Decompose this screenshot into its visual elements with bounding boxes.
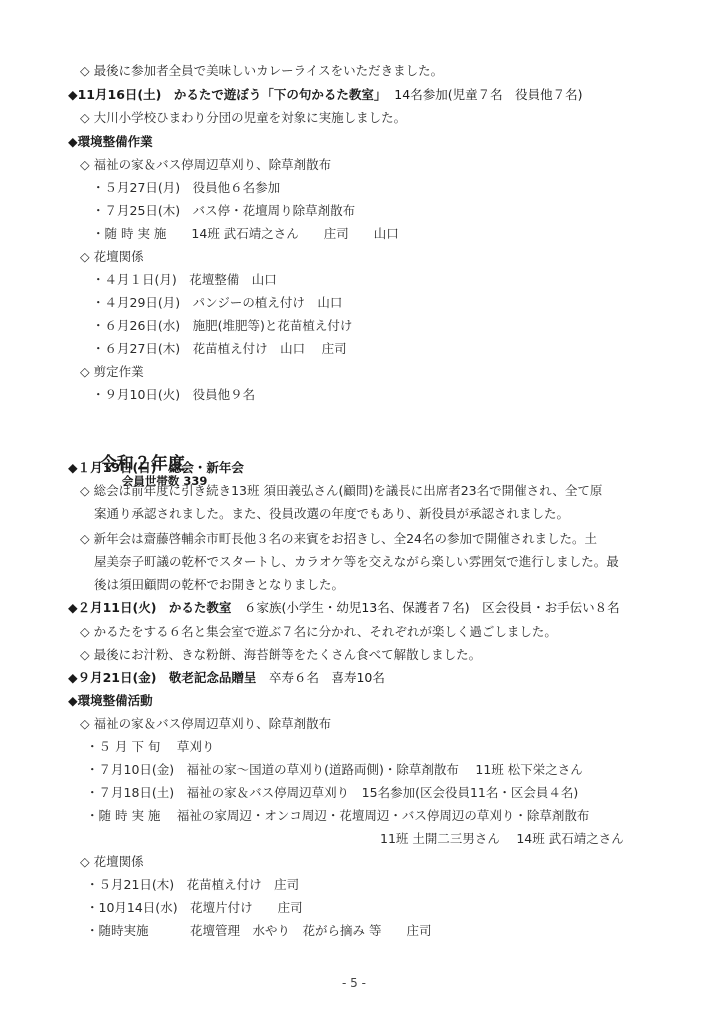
line-text: ◇ 最後にお汁粉、きな粉餅、海苔餅等をたくさん食べて解散しました。 [80,647,481,662]
line-text: ・４月29日(月) パンジーの植え付け 山口 [92,295,342,310]
text-line: ◇ 最後に参加者全員で美味しいカレーライスをいただきました。 [80,63,443,79]
item-heading: ◆環境整備活動 [68,693,153,709]
section-year: 令和２年度 [100,454,185,474]
line-detail: ６家族(小学生・幼児13名、保護者７名) 区会役員・お手伝い８名 [231,600,619,615]
text-line: ・５ 月 下 旬 草刈り [86,739,214,755]
text-line: ・５月21日(木) 花苗植え付け 庄司 [86,877,299,893]
text-line: ・７月10日(金) 福祉の家〜国道の草刈り(道路両側)・除草剤散布 11班 松下… [86,762,583,778]
text-line: ・５月27日(月) 役員他６名参加 [92,180,280,196]
text-line: ◇ かるたをする６名と集会室で遊ぶ７名に分かれ、それぞれが楽しく過ごしました。 [80,624,557,640]
text-line: 後は須田顧問の乾杯でお開きとなりました。 [94,577,344,593]
line-detail: 14名参加(児童７名 役員他７名) [386,87,582,102]
line-text: ・随 時 実 施 福祉の家周辺・オンコ周辺・花壇周辺・バス停周辺の草刈り・除草剤… [86,808,589,823]
text-line: ・随 時 実 施 福祉の家周辺・オンコ周辺・花壇周辺・バス停周辺の草刈り・除草剤… [86,808,589,824]
item-heading: ◆環境整備作業 [68,134,153,150]
line-text: ・５月27日(月) 役員他６名参加 [92,180,280,195]
text-line: ・４月１日(月) 花壇整備 山口 [92,272,277,288]
text-line: ◇ 大川小学校ひまわり分団の児童を対象に実施しました。 [80,110,406,126]
line-text: ◇ 花壇関係 [80,249,144,264]
line-text: ◇ 最後に参加者全員で美味しいカレーライスをいただきました。 [80,63,443,78]
line-text: ・５月21日(木) 花苗植え付け 庄司 [86,877,299,892]
text-line: ・随時実施 花壇管理 水やり 花がら摘み 等 庄司 [86,923,431,939]
text-line: ◇ 花壇関係 [80,249,144,265]
line-text: ◆環境整備活動 [68,693,153,708]
line-text: ・７月25日(木) バス停・花壇周り除草剤散布 [92,203,355,218]
line-text: ◆９月21日(金) 敬老記念品贈呈 [68,670,256,685]
text-line: ・６月26日(水) 施肥(堆肥等)と花苗植え付け [92,318,352,334]
line-text: ・４月１日(月) 花壇整備 山口 [92,272,277,287]
line-text: ◇ 剪定作業 [80,364,144,379]
line-text: 案通り承認されました。また、役員改選の年度でもあり、新役員が承認されました。 [94,506,569,521]
text-line: ◇ 福祉の家＆バス停周辺草刈り、除草剤散布 [80,157,331,173]
line-text: ・10月14日(水) 花壇片付け 庄司 [86,900,303,915]
text-line: ◇ 最後にお汁粉、きな粉餅、海苔餅等をたくさん食べて解散しました。 [80,647,481,663]
text-line: ・４月29日(月) パンジーの植え付け 山口 [92,295,342,311]
line-text: ◆２月11日(火) かるた教室 [68,600,231,615]
line-text: 後は須田顧問の乾杯でお開きとなりました。 [94,577,344,592]
text-line: ・随 時 実 施 14班 武石靖之さん 庄司 山口 [92,226,399,242]
line-text: ◇ 福祉の家＆バス停周辺草刈り、除草剤散布 [80,716,331,731]
item-heading: ◆９月21日(金) 敬老記念品贈呈 卒寿６名 喜寿10名 [68,670,385,686]
item-heading: ◆11月16日(土) かるたで遊ぼう「下の句かるた教室」 14名参加(児童７名 … [68,87,582,103]
line-text: ・５ 月 下 旬 草刈り [86,739,214,754]
line-text: 屋美奈子町議の乾杯でスタートし、カラオケ等を交えながら楽しい雰囲気で進行しました… [94,554,619,569]
line-text: ・随 時 実 施 14班 武石靖之さん 庄司 山口 [92,226,399,241]
text-line: 屋美奈子町議の乾杯でスタートし、カラオケ等を交えながら楽しい雰囲気で進行しました… [94,554,619,570]
item-heading: ◆２月11日(火) かるた教室 ６家族(小学生・幼児13名、保護者７名) 区会役… [68,600,620,616]
text-line: 11班 土開二三男さん 14班 武石靖之さん [380,831,624,847]
line-text: ・６月26日(水) 施肥(堆肥等)と花苗植え付け [92,318,352,333]
text-line: ◇ 福祉の家＆バス停周辺草刈り、除草剤散布 [80,716,331,732]
section-title: 令和２年度 会員世帯数 339 [88,440,207,489]
line-text: ・７月10日(金) 福祉の家〜国道の草刈り(道路両側)・除草剤散布 11班 松下… [86,762,583,777]
member-households: 会員世帯数 339 [122,474,208,488]
line-text: ◇ 福祉の家＆バス停周辺草刈り、除草剤散布 [80,157,331,172]
text-line: ・６月27日(木) 花苗植え付け 山口 庄司 [92,341,347,357]
line-text: ◇ 花壇関係 [80,854,144,869]
line-text: ・６月27日(木) 花苗植え付け 山口 庄司 [92,341,347,356]
line-text: ・９月10日(火) 役員他９名 [92,387,255,402]
text-line: ◇ 新年会は齋藤啓輔余市町長他３名の来賓をお招きし、全24名の参加で開催されまし… [80,531,597,547]
line-text: ・７月18日(土) 福祉の家＆バス停周辺草刈り 15名参加(区会役員11名・区会… [86,785,578,800]
line-detail: 卒寿６名 喜寿10名 [256,670,384,685]
text-line: ・９月10日(火) 役員他９名 [92,387,255,403]
line-text: ・随時実施 花壇管理 水やり 花がら摘み 等 庄司 [86,923,431,938]
page-number: - 5 - [342,975,366,991]
text-line: ・７月18日(土) 福祉の家＆バス停周辺草刈り 15名参加(区会役員11名・区会… [86,785,578,801]
text-line: ・７月25日(木) バス停・花壇周り除草剤散布 [92,203,355,219]
text-line: ・10月14日(水) 花壇片付け 庄司 [86,900,303,916]
line-text: ◇ 新年会は齋藤啓輔余市町長他３名の来賓をお招きし、全24名の参加で開催されまし… [80,531,597,546]
line-text: ◆11月16日(土) かるたで遊ぼう「下の句かるた教室」 [68,87,386,102]
line-text: ◇ 大川小学校ひまわり分団の児童を対象に実施しました。 [80,110,406,125]
line-text: ◆環境整備作業 [68,134,153,149]
text-line: 案通り承認されました。また、役員改選の年度でもあり、新役員が承認されました。 [94,506,569,522]
text-line: ◇ 剪定作業 [80,364,144,380]
text-line: ◇ 花壇関係 [80,854,144,870]
line-text: 11班 土開二三男さん 14班 武石靖之さん [380,831,624,846]
line-text: ◇ かるたをする６名と集会室で遊ぶ７名に分かれ、それぞれが楽しく過ごしました。 [80,624,557,639]
